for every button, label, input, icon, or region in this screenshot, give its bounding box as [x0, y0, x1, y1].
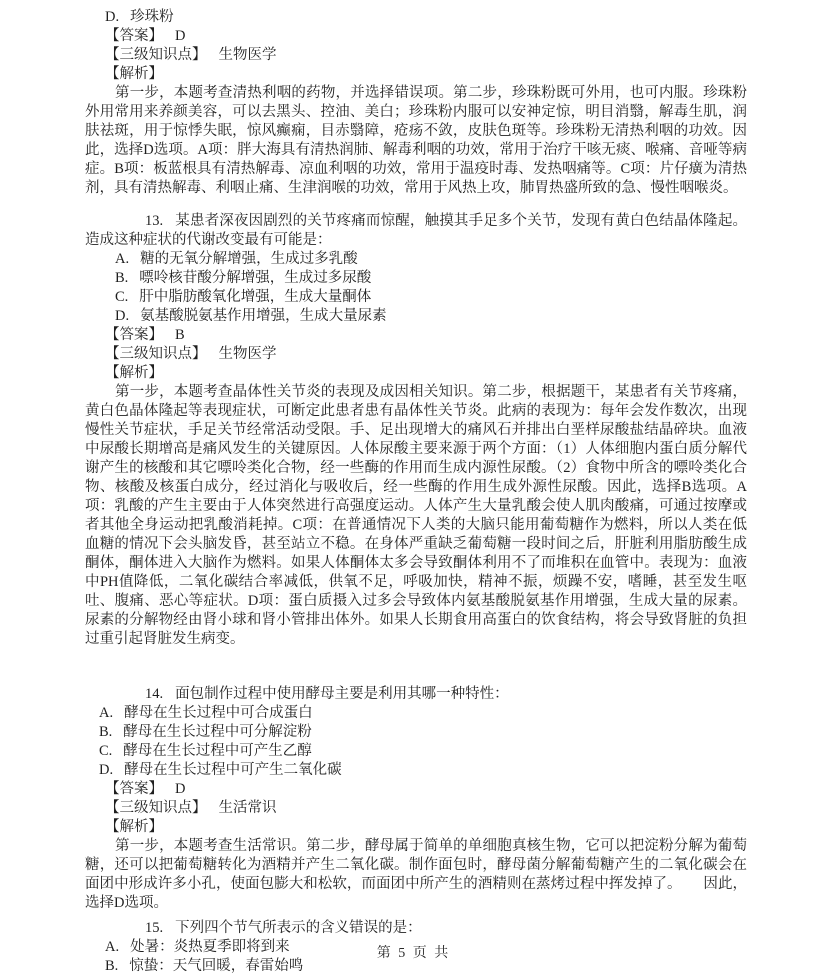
question-stem-text: 下列四个节气所表示的含义错误的是：: [175, 920, 422, 936]
question-number: 13.: [115, 212, 163, 231]
option-letter: D.: [99, 761, 113, 780]
question-stem-text: 面包制作过程中使用酵母主要是利用其哪一种特性：: [175, 686, 509, 702]
question-14: 14.面包制作过程中使用酵母主要是利用其哪一种特性： A.酵母在生长过程中可合成…: [85, 685, 747, 913]
option-row-b: B.酵母在生长过程中可分解淀粉: [85, 723, 747, 742]
analysis-label-row: 【解析】: [85, 364, 747, 383]
knowledge-point-label: 【三级知识点】: [105, 47, 207, 63]
option-text: 酵母在生长过程中可分解淀粉: [123, 724, 312, 740]
answer-value: D: [175, 27, 185, 46]
knowledge-point-value: 生物医学: [219, 345, 277, 364]
option-row-d: D.酵母在生长过程中可产生二氧化碳: [85, 761, 747, 780]
answer-value: D: [175, 780, 185, 799]
option-letter: C.: [115, 288, 128, 307]
analysis-label-row: 【解析】: [85, 65, 747, 84]
document-page: D.珍珠粉 【答案】D 【三级知识点】生物医学 【解析】 第一步，本题考查清热利…: [0, 0, 827, 979]
option-letter: A.: [99, 704, 113, 723]
question-number: 14.: [115, 685, 163, 704]
answer-row: 【答案】B: [85, 326, 747, 345]
analysis-label: 【解析】: [105, 66, 163, 82]
option-text: 酵母在生长过程中可产生二氧化碳: [124, 762, 342, 778]
knowledge-point-row: 【三级知识点】生物医学: [85, 345, 747, 364]
analysis-text: 第一步，本题考查晶体性关节炎的表现及成因相关知识。第二步，根据题干，某患者有关节…: [85, 383, 747, 649]
option-row-d: D.珍珠粉: [85, 8, 747, 27]
answer-row: 【答案】D: [85, 780, 747, 799]
option-row-c: C.肝中脂肪酸氧化增强，生成大量酮体: [85, 288, 747, 307]
knowledge-point-value: 生活常识: [219, 799, 277, 818]
question-stem-text: 某患者深夜因剧烈的关节疼痛而惊醒，触摸其手足多个关节，发现有黄白色结晶体隆起。造…: [85, 213, 747, 248]
knowledge-point-label: 【三级知识点】: [105, 800, 207, 816]
knowledge-point-row: 【三级知识点】生活常识: [85, 799, 747, 818]
knowledge-point-row: 【三级知识点】生物医学: [85, 46, 747, 65]
option-letter: C.: [99, 742, 112, 761]
analysis-label: 【解析】: [105, 819, 163, 835]
analysis-text: 第一步，本题考查清热利咽的药物，并选择错误项。第二步，珍珠粉既可外用，也可内服。…: [85, 84, 747, 198]
page-footer: 第 5 页 共: [0, 944, 827, 963]
answer-value: B: [175, 326, 185, 345]
option-row-c: C.酵母在生长过程中可产生乙醇: [85, 742, 747, 761]
option-letter: A.: [115, 250, 129, 269]
question-13: 13.某患者深夜因剧烈的关节疼痛而惊醒，触摸其手足多个关节，发现有黄白色结晶体隆…: [85, 212, 747, 649]
option-row-b: B.嘌呤核苷酸分解增强，生成过多尿酸: [85, 269, 747, 288]
analysis-text: 第一步，本题考查生活常识。第二步，酵母属于简单的单细胞真核生物，它可以把淀粉分解…: [85, 837, 747, 913]
option-text: 酵母在生长过程中可产生乙醇: [123, 743, 312, 759]
option-text: 氨基酸脱氨基作用增强，生成大量尿素: [140, 308, 387, 324]
answer-row: 【答案】D: [85, 27, 747, 46]
analysis-label: 【解析】: [105, 365, 163, 381]
option-row-a: A.酵母在生长过程中可合成蛋白: [85, 704, 747, 723]
question-stem: 14.面包制作过程中使用酵母主要是利用其哪一种特性：: [85, 685, 747, 704]
answer-label: 【答案】: [105, 781, 163, 797]
answer-label: 【答案】: [105, 28, 163, 44]
option-letter: B.: [115, 269, 128, 288]
question-12-remnant: D.珍珠粉 【答案】D 【三级知识点】生物医学 【解析】 第一步，本题考查清热利…: [85, 8, 747, 198]
option-text: 酵母在生长过程中可合成蛋白: [124, 705, 313, 721]
question-stem: 15.下列四个节气所表示的含义错误的是：: [85, 919, 747, 938]
question-stem: 13.某患者深夜因剧烈的关节疼痛而惊醒，触摸其手足多个关节，发现有黄白色结晶体隆…: [85, 212, 747, 250]
question-number: 15.: [115, 919, 163, 938]
option-text: 肝中脂肪酸氧化增强，生成大量酮体: [139, 289, 371, 305]
analysis-label-row: 【解析】: [85, 818, 747, 837]
option-text: 糖的无氧分解增强，生成过多乳酸: [140, 251, 358, 267]
option-letter: D.: [115, 307, 129, 326]
answer-label: 【答案】: [105, 327, 163, 343]
knowledge-point-value: 生物医学: [219, 46, 277, 65]
option-row-d: D.氨基酸脱氨基作用增强，生成大量尿素: [85, 307, 747, 326]
option-row-a: A.糖的无氧分解增强，生成过多乳酸: [85, 250, 747, 269]
knowledge-point-label: 【三级知识点】: [105, 346, 207, 362]
option-letter: B.: [99, 723, 112, 742]
option-text: 嘌呤核苷酸分解增强，生成过多尿酸: [139, 270, 371, 286]
option-letter: D.: [105, 8, 119, 27]
option-text: 珍珠粉: [130, 9, 174, 25]
